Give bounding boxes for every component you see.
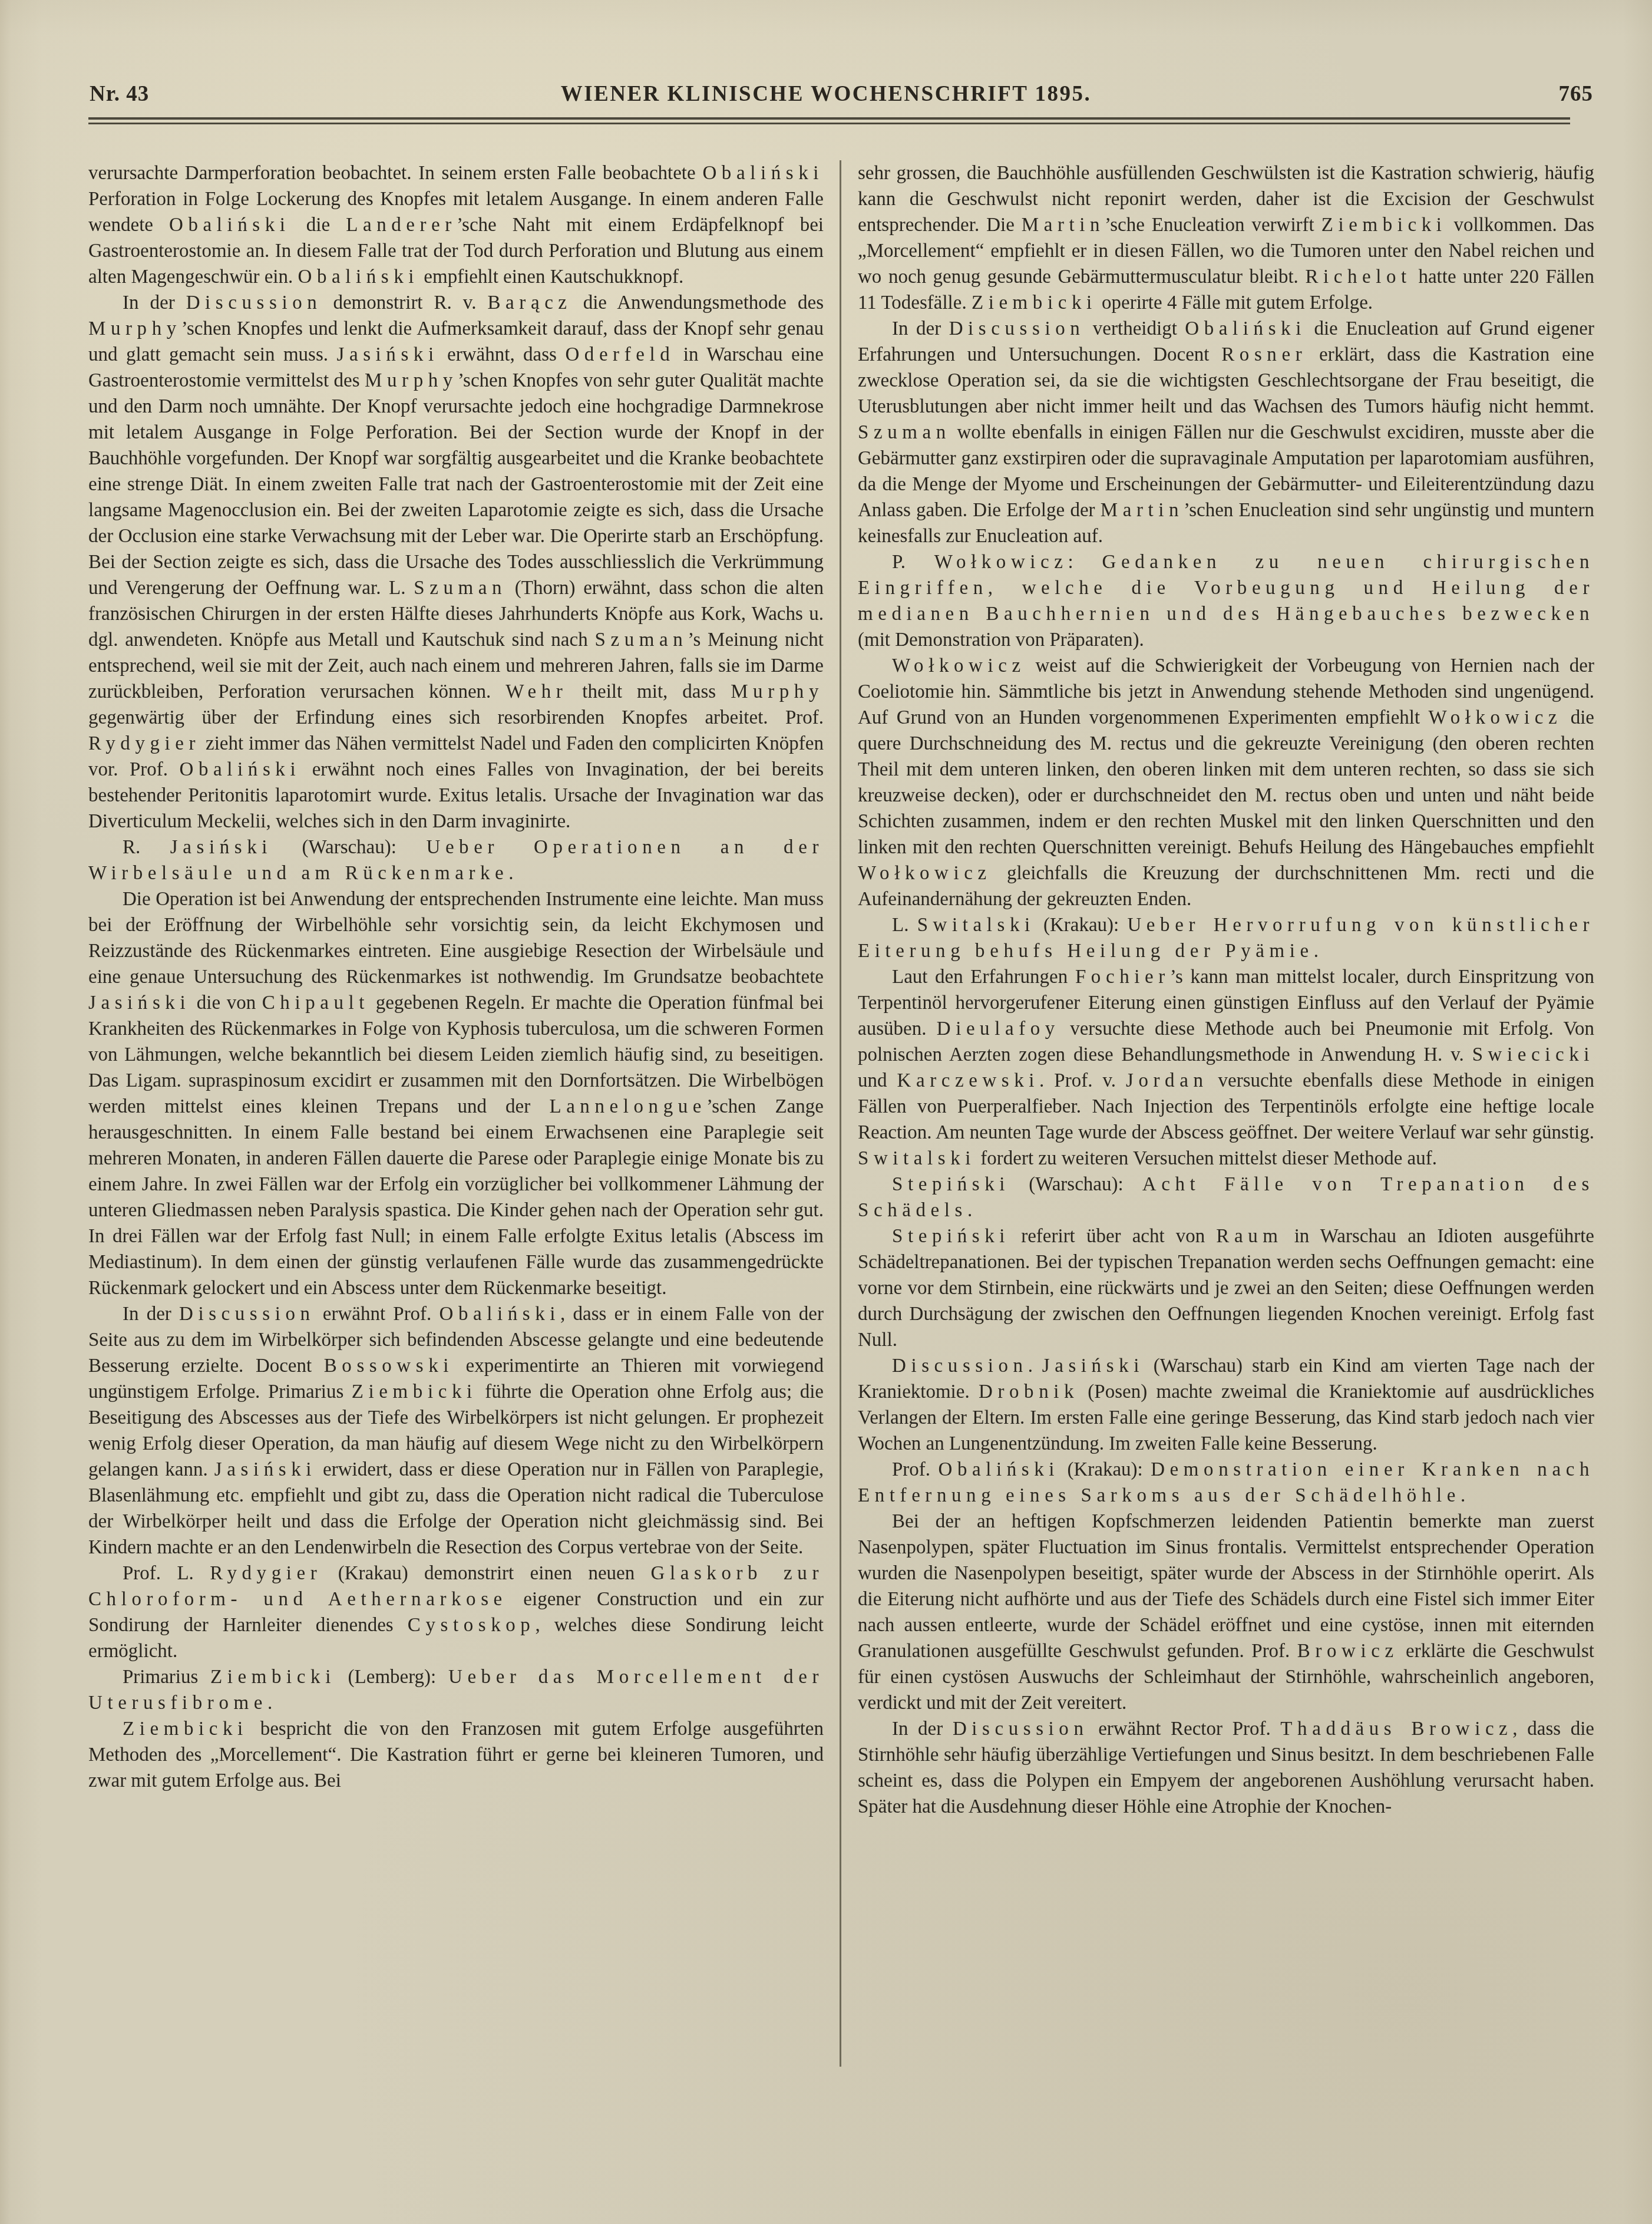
- session-heading: L. Switalski (Krakau): Ueber Hervorrufun…: [858, 912, 1594, 964]
- gesperrt-text: Fochier: [1075, 966, 1170, 988]
- gesperrt-text: Obaliński: [169, 215, 290, 236]
- plain-text: P.: [892, 552, 934, 573]
- gesperrt-text: Martin: [1101, 500, 1184, 521]
- gesperrt-text: Obaliński: [1185, 318, 1306, 339]
- session-heading: Stepiński (Warschau): Acht Fälle von Tre…: [858, 1172, 1594, 1223]
- gesperrt-text: Switalski: [858, 1148, 976, 1169]
- gesperrt-text: Browicz: [1297, 1641, 1399, 1662]
- plain-text: erwähnt Rector Prof.: [1089, 1718, 1281, 1740]
- gesperrt-text: Szuman: [414, 578, 507, 599]
- plain-text: (Warschau):: [1010, 1174, 1142, 1195]
- gesperrt-text: Ziembicki: [210, 1667, 336, 1688]
- plain-text: L.: [892, 915, 917, 936]
- gesperrt-text: Ziembicki: [1321, 215, 1447, 236]
- column-divider: [840, 160, 841, 2067]
- gesperrt-text: Barącz: [488, 292, 572, 314]
- session-heading: R. Jasiński (Warschau): Ueber Operatione…: [88, 834, 824, 886]
- plain-text: Bei der an heftigen Kopfschmerzen leiden…: [858, 1511, 1594, 1662]
- body-paragraph: Discussion. Jasiński (Warschau) starb ei…: [858, 1353, 1594, 1457]
- plain-text: In der: [892, 318, 949, 339]
- gesperrt-text: Dieulafoy: [937, 1018, 1060, 1040]
- plain-text: :: [1068, 552, 1102, 573]
- plain-text: demonstrirt R. v.: [322, 292, 487, 314]
- gesperrt-text: Wołkowicz: [934, 552, 1068, 573]
- gesperrt-text: Jasiński: [214, 1459, 316, 1480]
- page-number: 765: [1559, 81, 1594, 107]
- plain-text: ’sche Enucleation verwirft: [1105, 215, 1321, 236]
- gesperrt-text: Jasiński: [88, 992, 190, 1014]
- plain-text: ’schen Zange herausgeschnitten. In einem…: [88, 1096, 824, 1299]
- column-left: verursachte Darmperforation beobachtet. …: [88, 160, 824, 1794]
- gesperrt-text: Cystoskop: [408, 1615, 536, 1636]
- gesperrt-text: Swiecicki: [1472, 1044, 1594, 1065]
- gesperrt-text: Chipault: [262, 992, 369, 1014]
- plain-text: erwähnt Prof.: [315, 1304, 440, 1325]
- gesperrt-text: Drobnik: [979, 1381, 1079, 1403]
- plain-text: ’schen Knopfes von sehr guter Qualität m…: [88, 370, 824, 599]
- gesperrt-text: Murphy: [365, 370, 458, 391]
- plain-text: Prof.: [892, 1459, 939, 1480]
- session-heading: Primarius Ziembicki (Lemberg): Ueber das…: [88, 1664, 824, 1716]
- plain-text: Primarius: [123, 1667, 210, 1688]
- gesperrt-text: Wołkowicz: [892, 655, 1026, 677]
- gesperrt-text: Richelot: [1305, 266, 1411, 288]
- plain-text: operirte 4 Fälle mit gutem Erfolge.: [1097, 292, 1373, 314]
- gesperrt-text: Murphy: [731, 681, 824, 702]
- body-paragraph: Ziembicki bespricht die von den Franzose…: [88, 1716, 824, 1794]
- plain-text: (mit Demonstration von Präparaten).: [858, 629, 1144, 651]
- plain-text: die: [290, 215, 346, 236]
- gesperrt-text: Karczewski: [897, 1070, 1040, 1091]
- plain-text: (Krakau):: [1059, 1459, 1151, 1480]
- plain-text: theilt mit, dass: [567, 681, 731, 702]
- gesperrt-text: Wołkowicz: [1429, 707, 1562, 728]
- plain-text: verursachte Darmperforation beobachtet. …: [88, 163, 702, 184]
- plain-text: referirt über acht von: [1010, 1226, 1216, 1247]
- body-paragraph: In der Discussion vertheidigt Obaliński …: [858, 316, 1594, 549]
- body-paragraph: In der Discussion erwähnt Rector Prof. T…: [858, 1716, 1594, 1820]
- gesperrt-text: Oderfeld: [565, 344, 675, 365]
- plain-text: In der: [892, 1718, 953, 1740]
- gesperrt-text: Rosner: [1221, 344, 1307, 365]
- plain-text: In der: [123, 292, 186, 314]
- body-paragraph: Wołkowicz weist auf die Schwierigkeit de…: [858, 653, 1594, 912]
- gesperrt-text: Thaddäus Browicz: [1280, 1718, 1512, 1740]
- plain-text: (Warschau):: [272, 837, 427, 858]
- session-heading: Prof. Obaliński (Krakau): Demonstration …: [858, 1457, 1594, 1509]
- plain-text: die Anwendungsmethode des: [572, 292, 824, 314]
- gesperrt-text: Rydygier: [88, 733, 200, 754]
- gesperrt-text: Obaliński: [702, 163, 824, 184]
- plain-text: gegenwärtig über der Erfindung eines sic…: [88, 707, 824, 728]
- header-double-rule: [88, 117, 1570, 124]
- plain-text: . Prof. v.: [1039, 1070, 1126, 1091]
- gesperrt-text: Obaliński: [180, 759, 301, 780]
- plain-text: Die Operation ist bei Anwendung der ents…: [88, 889, 824, 988]
- gesperrt-text: Wehr: [505, 681, 567, 702]
- gesperrt-text: Szuman: [858, 422, 951, 443]
- column-right: sehr grossen, die Bauchhöhle ausfüllende…: [858, 160, 1594, 1820]
- plain-text: Prof. L.: [123, 1563, 210, 1584]
- plain-text: Laut den Erfahrungen: [892, 966, 1075, 988]
- gesperrt-text: Obaliński: [298, 266, 419, 288]
- page-header: Nr. 43 WIENER KLINISCHE WOCHENSCHRIFT 18…: [0, 81, 1652, 111]
- journal-page: Nr. 43 WIENER KLINISCHE WOCHENSCHRIFT 18…: [0, 0, 1652, 2224]
- gesperrt-text: Switalski: [917, 915, 1035, 936]
- gesperrt-text: Ziembicki: [972, 292, 1097, 314]
- body-paragraph: verursachte Darmperforation beobachtet. …: [88, 160, 824, 290]
- plain-text: (Lemberg):: [336, 1667, 448, 1688]
- gesperrt-text: Discussion: [949, 318, 1085, 339]
- page-body: verursachte Darmperforation beobachtet. …: [88, 160, 1595, 2067]
- gesperrt-text: Lannelongue: [549, 1096, 706, 1117]
- plain-text: .: [1028, 1355, 1042, 1377]
- gesperrt-text: Murphy: [88, 318, 181, 339]
- body-paragraph: sehr grossen, die Bauchhöhle ausfüllende…: [858, 160, 1594, 316]
- gesperrt-text: Obaliński: [440, 1304, 561, 1325]
- gesperrt-text: Discussion: [892, 1355, 1028, 1377]
- session-heading: P. Wołkowicz: Gedanken zu neuen chirurgi…: [858, 549, 1594, 653]
- gesperrt-text: Ziembicki: [352, 1381, 477, 1403]
- gesperrt-text: Stepiński: [892, 1174, 1010, 1195]
- gesperrt-text: Landerer: [346, 215, 457, 236]
- gesperrt-text: Discussion: [953, 1718, 1089, 1740]
- plain-text: R.: [123, 837, 170, 858]
- gesperrt-text: Bossowski: [324, 1355, 454, 1377]
- gesperrt-text: Discussion: [179, 1304, 315, 1325]
- gesperrt-text: Discussion: [186, 292, 322, 314]
- gesperrt-text: Szuman: [594, 629, 688, 651]
- gesperrt-text: Martin: [1022, 215, 1105, 236]
- body-paragraph: In der Discussion demonstrirt R. v. Barą…: [88, 290, 824, 834]
- body-paragraph: In der Discussion erwähnt Prof. Obalińsk…: [88, 1301, 824, 1560]
- gesperrt-text: Jasiński: [1042, 1355, 1144, 1377]
- body-paragraph: Bei der an heftigen Kopfschmerzen leiden…: [858, 1509, 1594, 1716]
- plain-text: fordert zu weiteren Versuchen mittelst d…: [976, 1148, 1437, 1169]
- plain-text: erwähnt, dass: [439, 344, 566, 365]
- plain-text: (Krakau):: [1035, 915, 1128, 936]
- gesperrt-text: Wołkowicz: [858, 863, 992, 884]
- plain-text: die von: [190, 992, 262, 1014]
- gesperrt-text: Obaliński: [939, 1459, 1060, 1480]
- plain-text: (Krakau) demonstrirt einen neuen: [322, 1563, 650, 1584]
- body-paragraph: Prof. L. Rydygier (Krakau) demonstrirt e…: [88, 1560, 824, 1664]
- gesperrt-text: Stepiński: [892, 1226, 1010, 1247]
- plain-text: die quere Durchschneidung des M. rectus …: [858, 707, 1594, 858]
- plain-text: und: [858, 1070, 897, 1091]
- gesperrt-text: Jasiński: [336, 344, 438, 365]
- plain-text: vertheidigt: [1085, 318, 1185, 339]
- journal-title: WIENER KLINISCHE WOCHENSCHRIFT 1895.: [0, 81, 1652, 107]
- body-paragraph: Stepiński referirt über acht von Raum in…: [858, 1223, 1594, 1353]
- gesperrt-text: Jordan: [1126, 1070, 1208, 1091]
- plain-text: empfiehlt einen Kautschukknopf.: [419, 266, 683, 288]
- plain-text: In der: [123, 1304, 179, 1325]
- gesperrt-text: Raum: [1216, 1226, 1283, 1247]
- gesperrt-text: Rydygier: [210, 1563, 322, 1584]
- gesperrt-text: Ziembicki: [123, 1718, 248, 1740]
- body-paragraph: Laut den Erfahrungen Fochier’s kann man …: [858, 964, 1594, 1172]
- body-paragraph: Die Operation ist bei Anwendung der ents…: [88, 886, 824, 1301]
- gesperrt-text: Jasiński: [170, 837, 272, 858]
